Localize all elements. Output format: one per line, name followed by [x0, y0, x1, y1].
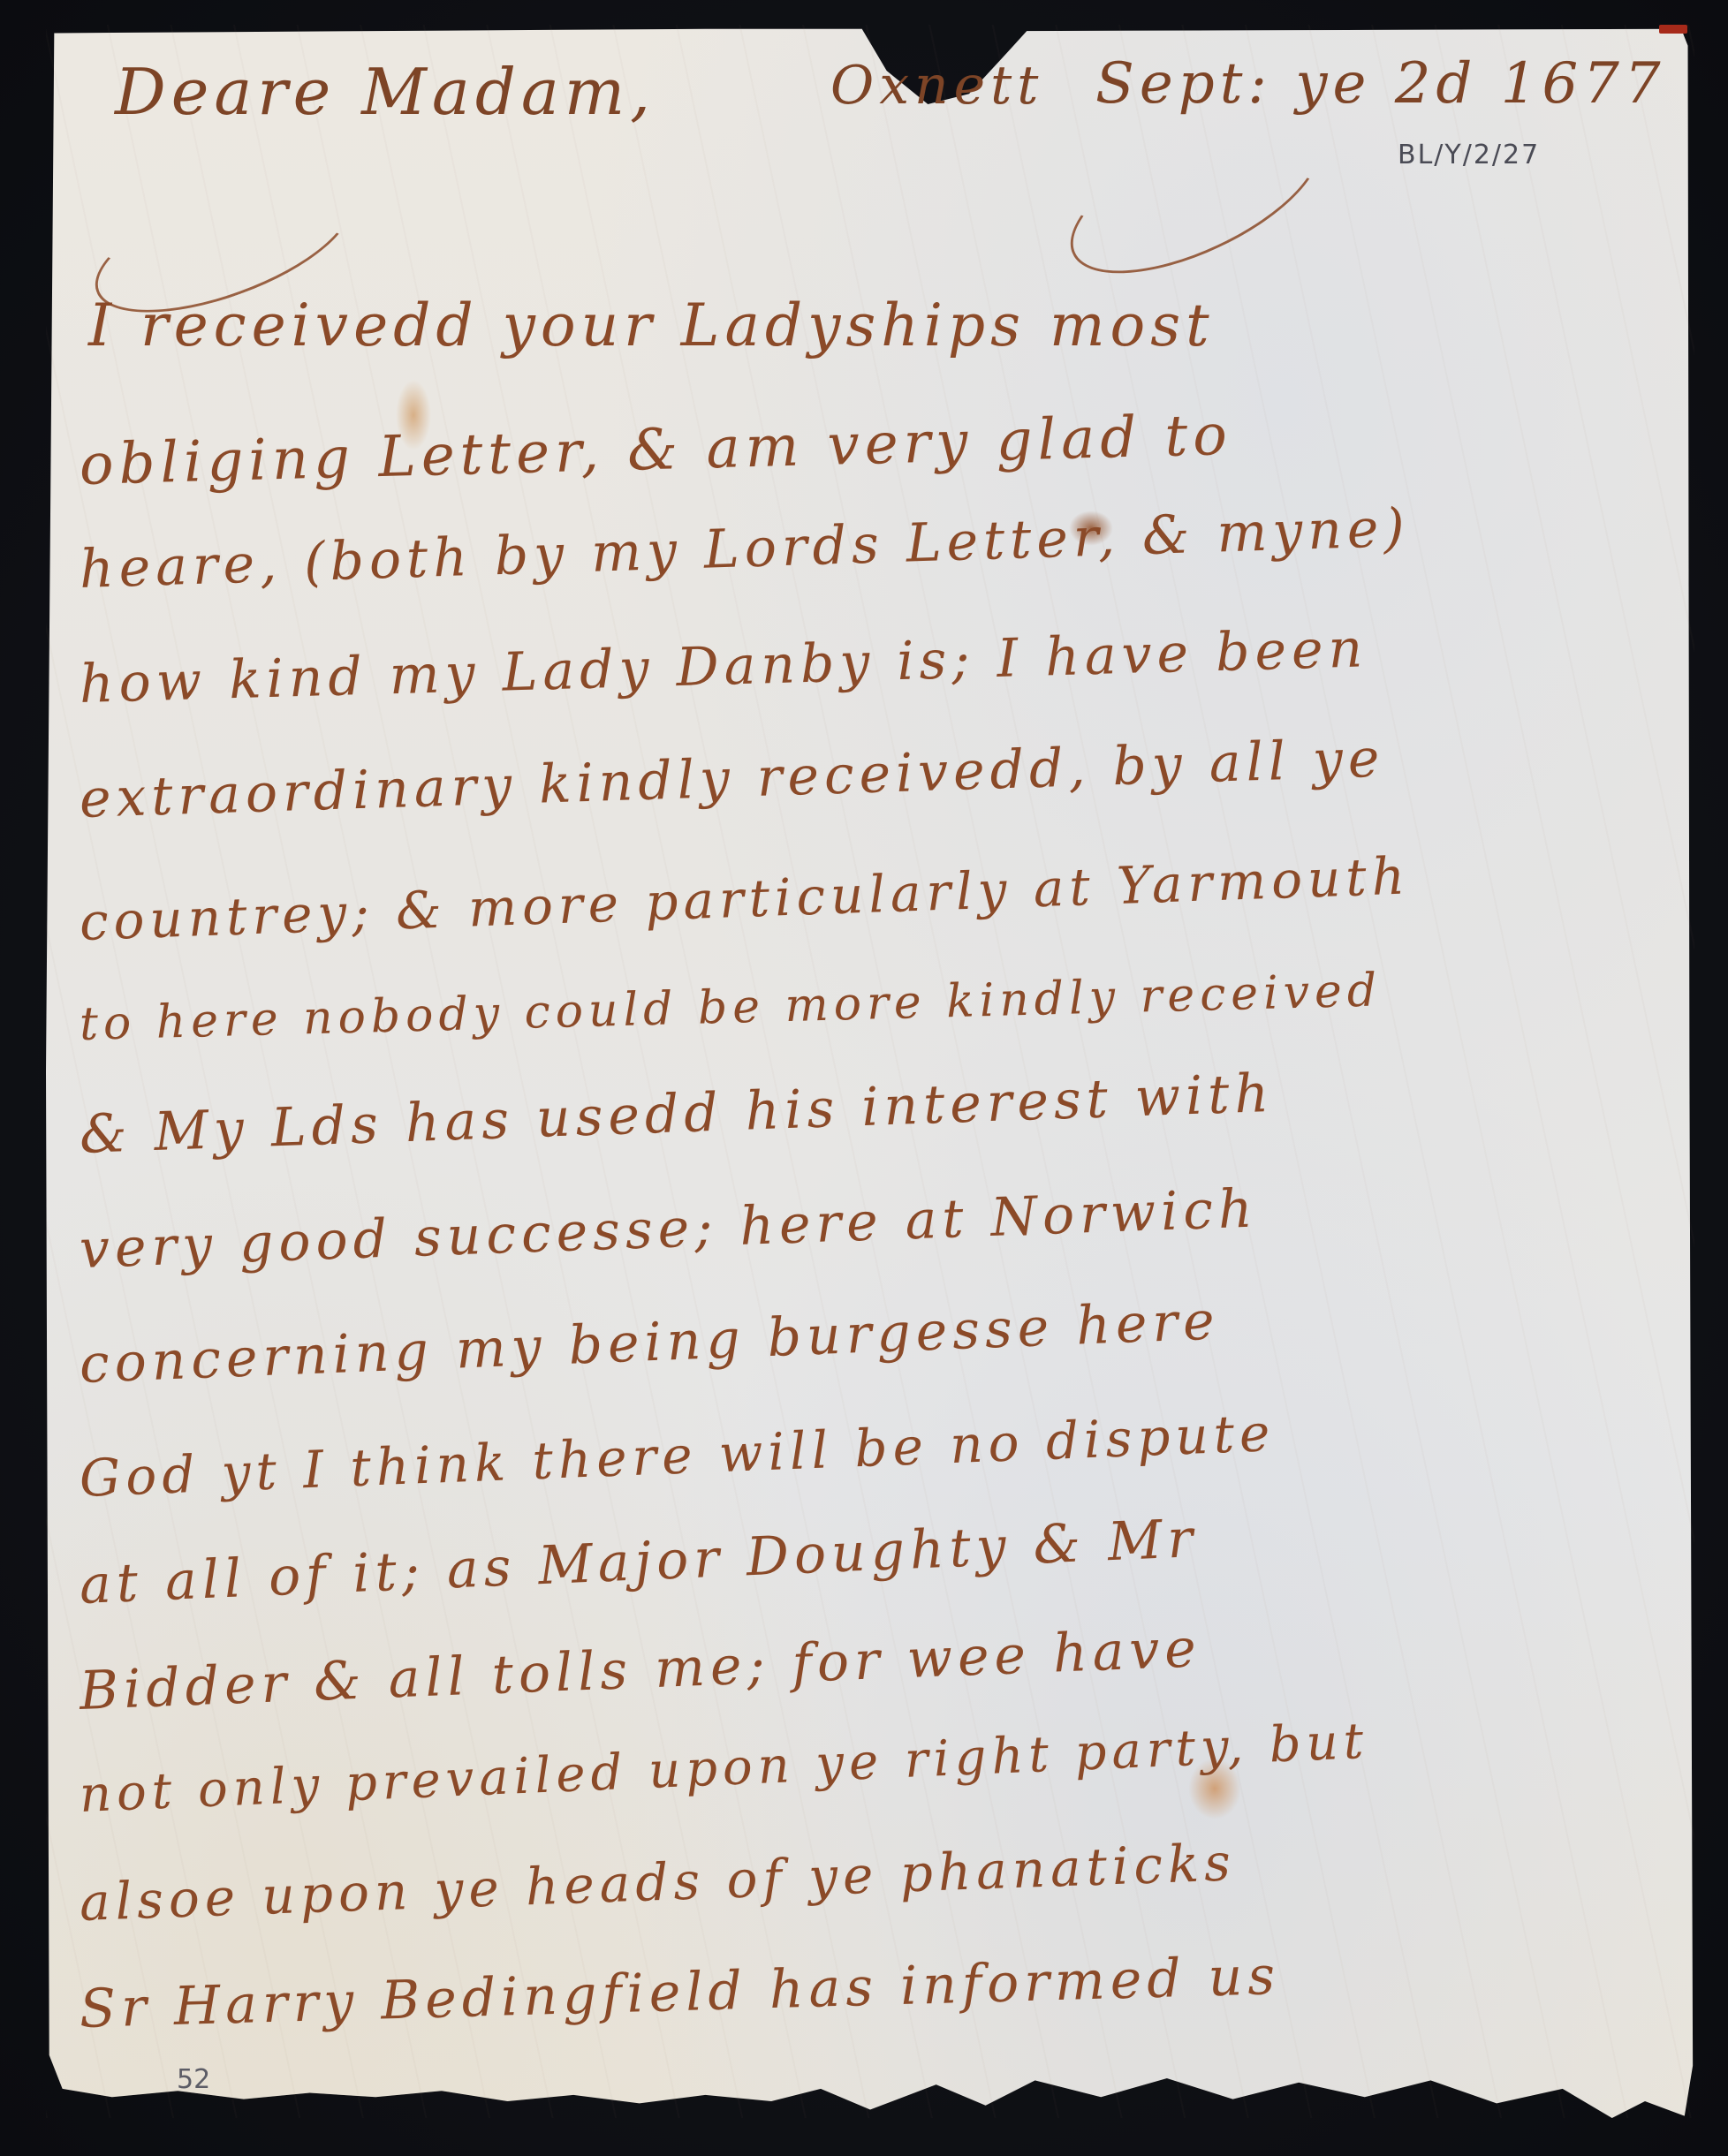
archive-shelfmark: BL/Y/2/27 [1398, 140, 1540, 170]
letter-date: Sept: ye 2d 1677 [1095, 51, 1666, 117]
salutation: Deare Madam, [115, 55, 656, 129]
letter-line-1: I receivedd your Ladyships most [88, 291, 1215, 359]
wax-seal-remnant [1659, 25, 1687, 34]
place-name: Oxnett [830, 55, 1043, 117]
folio-number: 52 [177, 2064, 210, 2095]
